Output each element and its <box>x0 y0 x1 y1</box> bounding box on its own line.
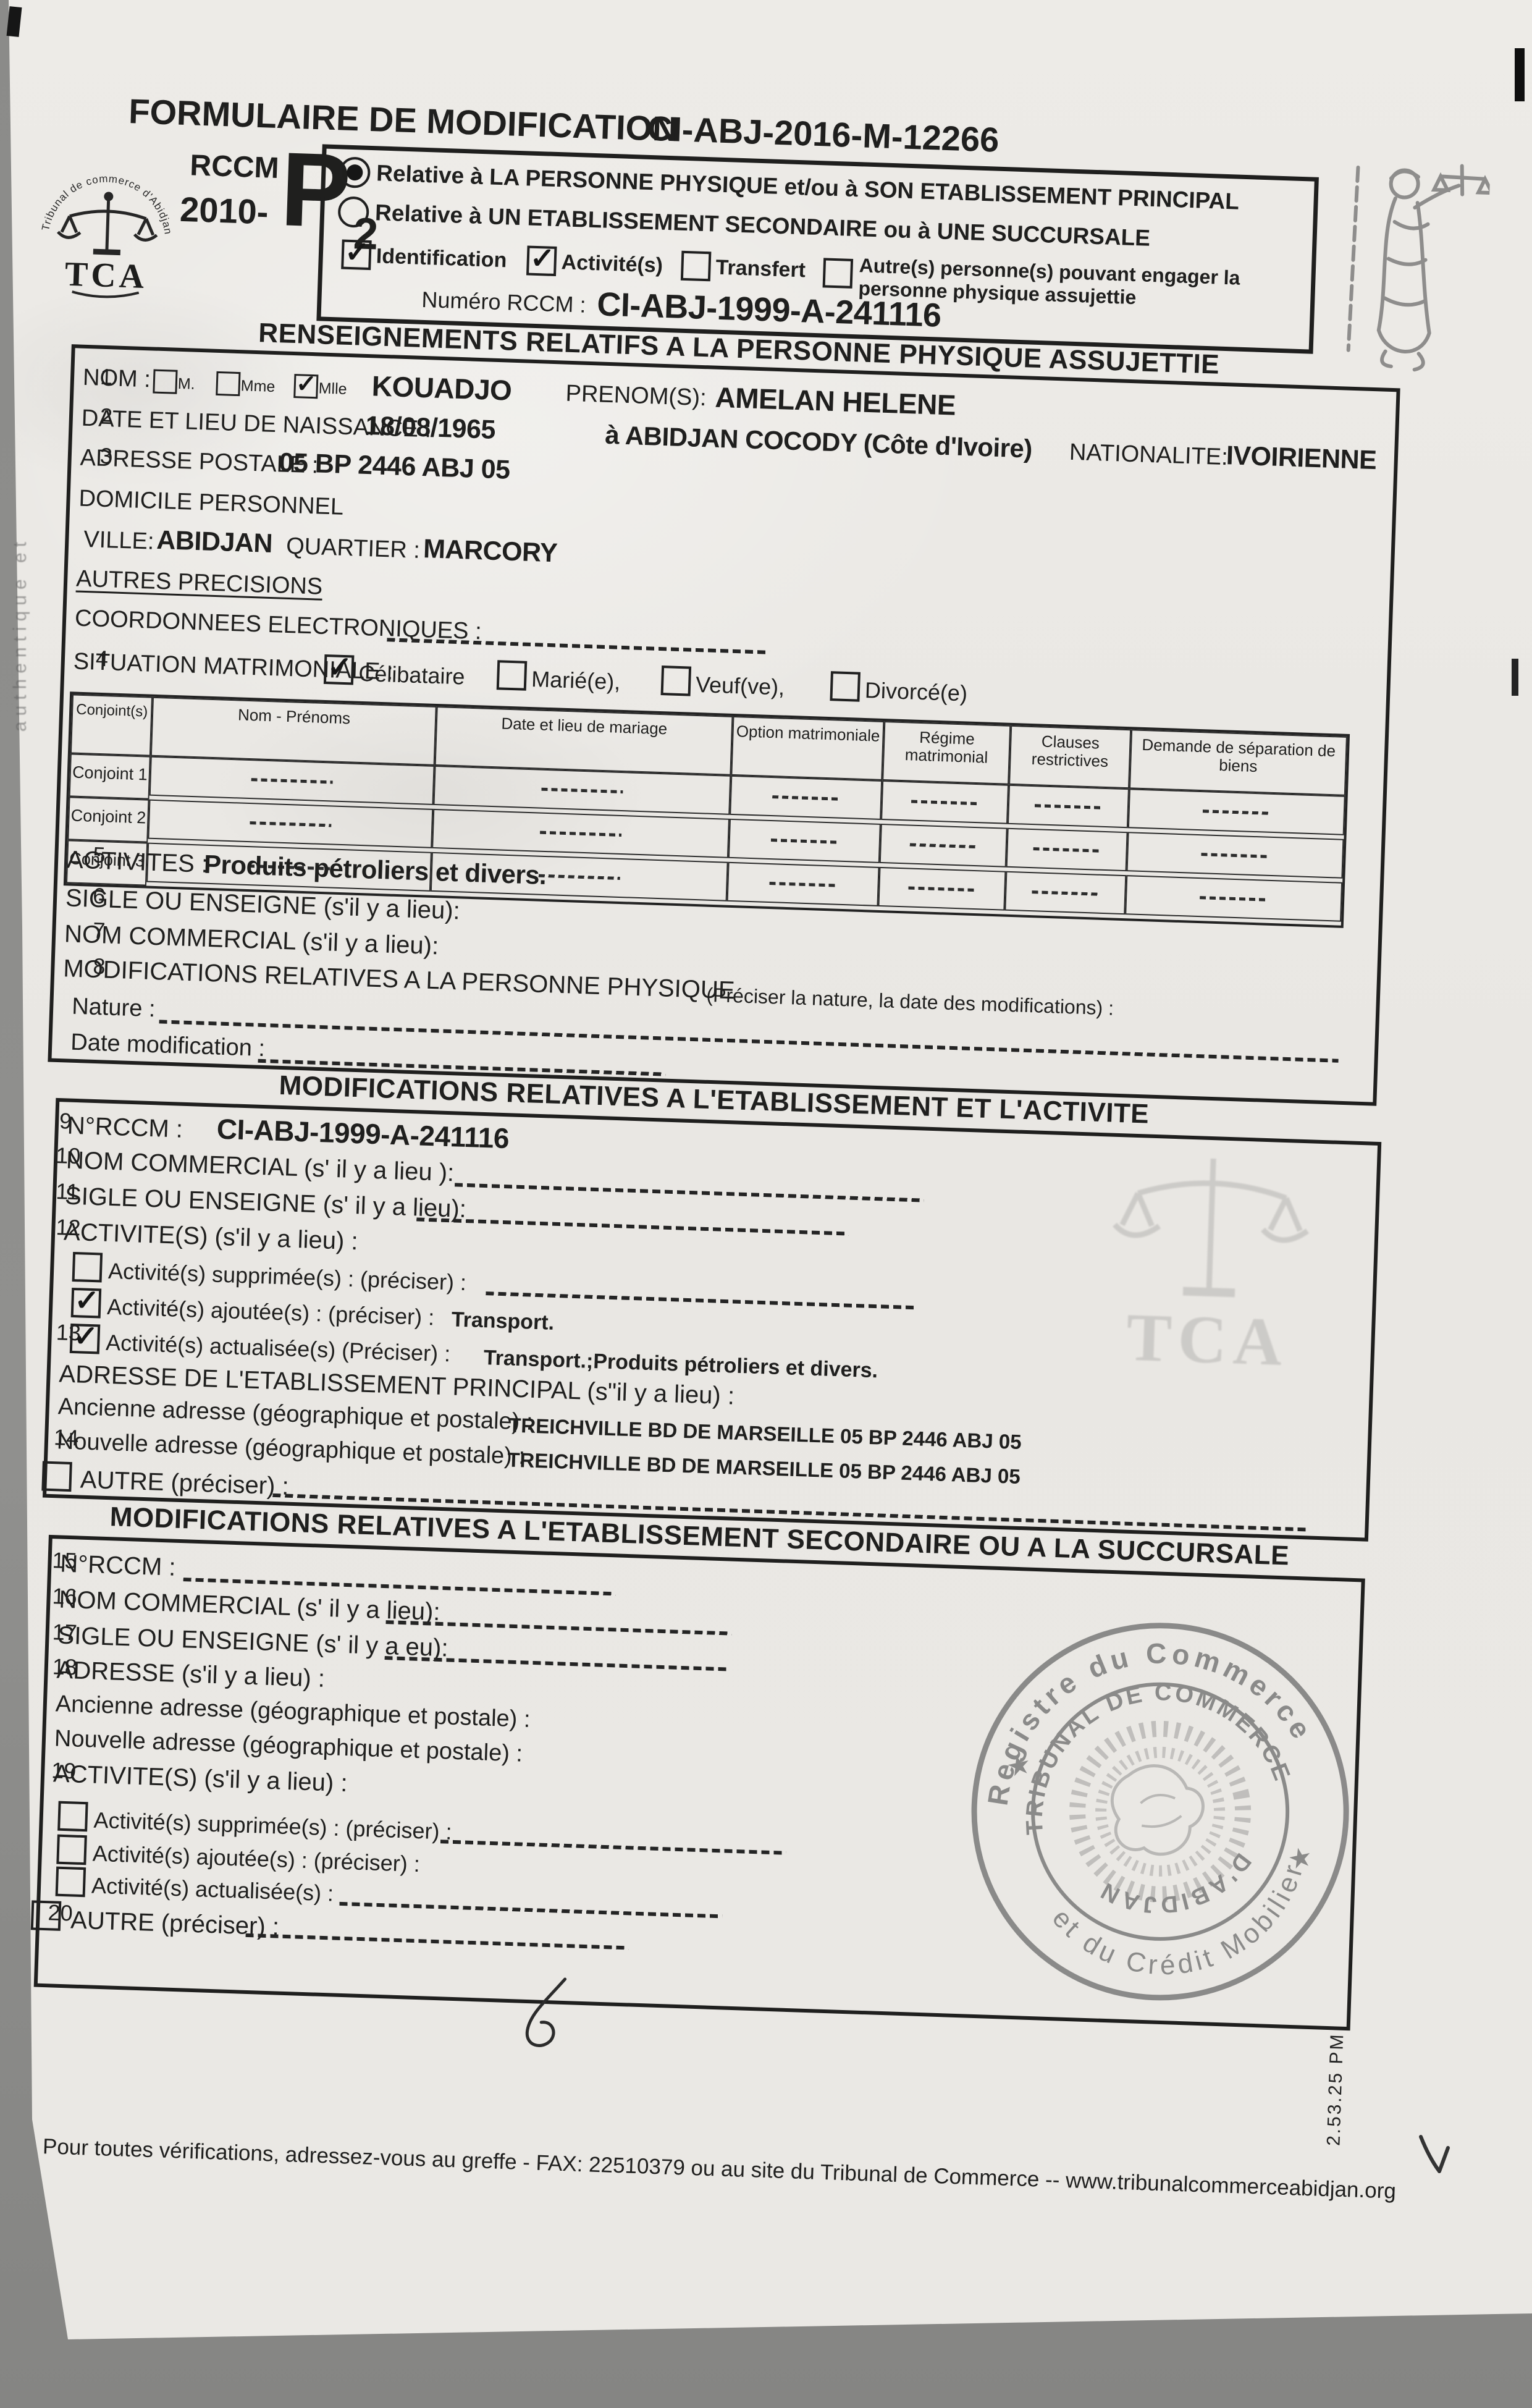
tca-acronym: TCA <box>64 255 148 296</box>
checkbox-transfert <box>681 251 712 282</box>
autres-precisions-label: AUTRES PRECISIONS <box>76 566 323 601</box>
checkbox-activites <box>526 245 557 276</box>
scan-edge-mark <box>1512 659 1518 696</box>
s3-actualisee-label: Activité(s) actualisée(s) : <box>91 1873 334 1907</box>
rccm-year: 2010- <box>179 189 269 232</box>
page-title: FORMULAIRE DE MODIFICATION <box>128 91 678 149</box>
naissance-lieu-value: à ABIDJAN COCODY (Côte d'Ivoire) <box>605 420 1033 464</box>
scan-edge-mark <box>1515 48 1525 101</box>
checkbox-divorce <box>830 671 861 702</box>
cell-dash <box>772 795 840 801</box>
nom-label: NOM : <box>82 365 151 394</box>
checkbox-veuf <box>661 665 692 696</box>
s3-rccm-label: N°RCCM : <box>60 1550 176 1582</box>
dotted-fill-line <box>385 1656 731 1671</box>
declaration-type-box: Relative à LA PERSONNE PHYSIQUE et/ou à … <box>316 144 1319 353</box>
s3-supprimee-label: Activité(s) supprimée(s) : (préciser) : <box>93 1807 452 1845</box>
form-content: FORMULAIRE DE MODIFICATION CI-ABJ-2016-M… <box>0 80 1457 2381</box>
cell-dash <box>250 821 331 827</box>
checkbox-activites-label: Activité(s) <box>561 250 663 277</box>
section1-box: NOM : M. Mme Mlle KOUADJO PRENOM(S): AME… <box>48 344 1400 1106</box>
ville-value: ABIDJAN <box>156 525 273 559</box>
checkbox-s3-actualisee <box>56 1867 86 1898</box>
civilite-mlle-label: Mlle <box>318 379 347 399</box>
table-cell <box>1006 828 1128 871</box>
quartier-value: MARCORY <box>423 534 558 568</box>
activite-ajoutee-value: Transport. <box>451 1308 554 1335</box>
s3-ajoutee-label: Activité(s) ajoutée(s) : (préciser) : <box>92 1841 420 1878</box>
stamp-inner-top-text: TRIBUNAL DE COMMERCE <box>996 1654 1297 1840</box>
table-cell <box>881 780 1009 824</box>
cell-dash <box>908 886 976 892</box>
checkbox-activite-actualisee <box>70 1324 101 1354</box>
dotted-fill-line <box>246 1933 629 1950</box>
activite-supprimee-label: Activité(s) supprimée(s) : (préciser) : <box>107 1258 466 1296</box>
s2-ancienne-adresse-value: TREICHVILLE BD DE MARSEILLE 05 BP 2446 A… <box>508 1414 1022 1455</box>
s3-activites-label: ACTIVITE(S) (s'il y a lieu) : <box>53 1760 348 1798</box>
cell-dash <box>1201 853 1269 858</box>
scanned-form-page: { "doc": { "title": "FORMULAIRE DE MODIF… <box>0 0 1532 2408</box>
date-modification-label: Date modification : <box>70 1029 266 1062</box>
s3-nouvelle-adresse-label: Nouvelle adresse (géographique et postal… <box>54 1725 523 1767</box>
quartier-label: QUARTIER : <box>286 533 421 564</box>
checkbox-s3-supprimee <box>57 1801 88 1832</box>
celibataire-label: Célibataire <box>358 661 465 690</box>
section2-box: TCA N°RCCM : CI-ABJ-1999-A-241116 NOM CO… <box>43 1098 1381 1542</box>
handwritten-mark <box>515 1973 580 2068</box>
cell-dash <box>1033 847 1101 853</box>
table-row-label: Conjoint 2 <box>67 796 149 842</box>
cell-dash <box>1203 809 1271 815</box>
scales-icon <box>57 192 158 253</box>
radio-personne-physique <box>339 156 371 188</box>
handwritten-arrow-mark <box>1411 2133 1467 2189</box>
wreath-ring-inner <box>1090 1741 1231 1882</box>
checkbox-activite-ajoutee <box>71 1288 102 1319</box>
checkbox-identification <box>341 240 372 271</box>
table-header-regime: Régime matrimonial <box>882 721 1011 785</box>
table-cell <box>432 809 730 858</box>
checkbox-transfert-label: Transfert <box>715 256 806 283</box>
table-cell <box>1125 875 1342 922</box>
table-header-conjoints: Conjoint(s) <box>70 694 153 756</box>
table-row-label: Conjoint 1 <box>69 753 151 799</box>
checkbox-celibataire <box>324 654 355 685</box>
cell-dash <box>539 874 620 880</box>
cell-dash <box>541 788 623 793</box>
s3-nom-commercial-label: NOM COMMERCIAL (s' il y a lieu): <box>59 1586 440 1626</box>
rccm-label: RCCM <box>190 148 280 185</box>
prenom-value: AMELAN HELENE <box>715 381 956 422</box>
prenom-label: PRENOM(S): <box>565 381 707 412</box>
checkbox-marie <box>497 660 528 691</box>
cell-dash <box>770 839 838 844</box>
adresse-postale-value: 05 BP 2446 ABJ 05 <box>279 447 510 485</box>
left-edge-security-text: authentique et <box>10 536 31 732</box>
modifications-pp-label: MODIFICATIONS RELATIVES A LA PERSONNE PH… <box>63 955 736 1005</box>
dotted-fill-line <box>387 638 770 654</box>
s2-rccm-label: N°RCCM : <box>67 1112 183 1144</box>
checkbox-civilite-mme <box>216 371 240 396</box>
cell-dash <box>769 882 837 887</box>
checkbox-civilite-m <box>153 370 177 394</box>
nom-value: KOUADJO <box>371 369 512 407</box>
table-cell <box>730 775 882 820</box>
naissance-date-value: 18/08/1965 <box>365 411 496 446</box>
civilite-mme-label: Mme <box>240 377 275 396</box>
s2-sigle-label: SIGLE OU ENSEIGNE (s' il y a lieu): <box>64 1183 466 1224</box>
form-number: CI-ABJ-2016-M-12266 <box>647 108 1000 160</box>
nom-commercial-label: NOM COMMERCIAL (s'il y a lieu): <box>64 920 439 960</box>
checkbox-identification-label: Identification <box>376 244 507 272</box>
activite-ajoutee-label: Activité(s) ajoutée(s) : (préciser) : <box>107 1294 435 1331</box>
checkbox-autres-personnes <box>823 258 854 289</box>
s2-nom-commercial-label: NOM COMMERCIAL (s' il y a lieu ): <box>65 1147 455 1188</box>
radio-etablissement-secondaire <box>337 196 369 228</box>
tca-logo: Tribunal de commerce d'Abidjan TCA <box>36 171 179 302</box>
ghost-tca-stamp: TCA <box>1076 1142 1344 1398</box>
checkbox-civilite-mlle <box>293 374 318 399</box>
cell-dash <box>909 843 977 849</box>
table-cell <box>727 862 880 906</box>
activite-actualisee-label: Activité(s) actualisée(s) (Préciser) : <box>106 1330 451 1367</box>
cell-dash <box>251 778 333 784</box>
dotted-fill-line <box>416 1217 849 1235</box>
table-cell <box>1004 871 1126 915</box>
table-header-clauses: Clauses restrictives <box>1009 725 1131 788</box>
table-header-date-mariage: Date et lieu de mariage <box>435 706 733 775</box>
table-cell <box>148 800 433 848</box>
table-cell <box>1128 788 1345 835</box>
veuf-label: Veuf(ve), <box>695 672 785 701</box>
footer-text: Pour toutes vérifications, adressez-vous… <box>42 2134 1396 2204</box>
modifications-pp-note: (Préciser la nature, la date des modific… <box>706 984 1114 1020</box>
nationalite-label: NATIONALITE: <box>1069 439 1228 471</box>
cell-dash <box>1034 804 1102 809</box>
dotted-fill-line <box>339 1902 722 1919</box>
table-cell <box>880 824 1008 868</box>
checkbox-autre-s3 <box>31 1900 62 1931</box>
nationalite-value: IVOIRIENNE <box>1226 441 1377 476</box>
checkbox-autre-s2 <box>41 1461 72 1492</box>
s3-adresse-label: ADRESSE (s'il y a lieu) : <box>56 1656 326 1692</box>
scan-timestamp: 2.53.25 PM <box>1323 2032 1348 2146</box>
s2-rccm-value: CI-ABJ-1999-A-241116 <box>216 1112 510 1155</box>
civilite-m-label: M. <box>177 375 195 394</box>
ghost-tca-acronym: TCA <box>1125 1299 1289 1380</box>
s3-ancienne-adresse-label: Ancienne adresse (géographique et postal… <box>55 1691 531 1733</box>
table-cell <box>1008 785 1129 828</box>
dotted-fill-line <box>486 1291 918 1309</box>
cell-dash <box>540 831 621 837</box>
dotted-fill-line <box>159 1020 1339 1062</box>
ville-label: VILLE: <box>83 526 154 556</box>
dotted-fill-line <box>385 1620 731 1636</box>
tribunal-round-stamp: Registre du Commerce et du Crédit Mobili… <box>956 1607 1365 2016</box>
marie-label: Marié(e), <box>531 666 621 695</box>
dotted-fill-line <box>455 1183 924 1202</box>
nature-label: Nature : <box>72 994 156 1023</box>
cell-dash <box>1200 896 1268 902</box>
s2-activites-label: ACTIVITE(S) (s'il y a lieu) : <box>63 1218 358 1256</box>
s2-nouvelle-adresse-label: Nouvelle adresse (géographique et postal… <box>56 1428 525 1470</box>
table-header-separation: Demande de séparation de biens <box>1129 729 1347 796</box>
autre-s2-label: AUTRE (préciser) : <box>80 1466 289 1501</box>
activites-label: ACTIVITES : <box>66 846 208 879</box>
cell-dash <box>911 800 979 806</box>
s2-nouvelle-adresse-value: TREICHVILLE BD DE MARSEILLE 05 BP 2446 A… <box>507 1448 1021 1489</box>
numero-rccm-label: Numéro RCCM : <box>421 287 586 318</box>
cell-dash <box>1032 890 1100 896</box>
table-cell <box>728 819 881 863</box>
table-cell <box>1127 832 1344 879</box>
dotted-fill-line <box>440 1840 786 1855</box>
domicile-label: DOMICILE PERSONNEL <box>78 486 344 521</box>
checkbox-s3-ajo utee <box>56 1835 87 1865</box>
checkbox-activite-supprimee <box>72 1252 103 1283</box>
divorce-label: Divorcé(e) <box>864 677 967 706</box>
table-header-nom-prenoms: Nom - Prénoms <box>151 697 437 766</box>
table-header-option: Option matrimoniale <box>731 716 884 780</box>
table-cell <box>878 867 1006 911</box>
